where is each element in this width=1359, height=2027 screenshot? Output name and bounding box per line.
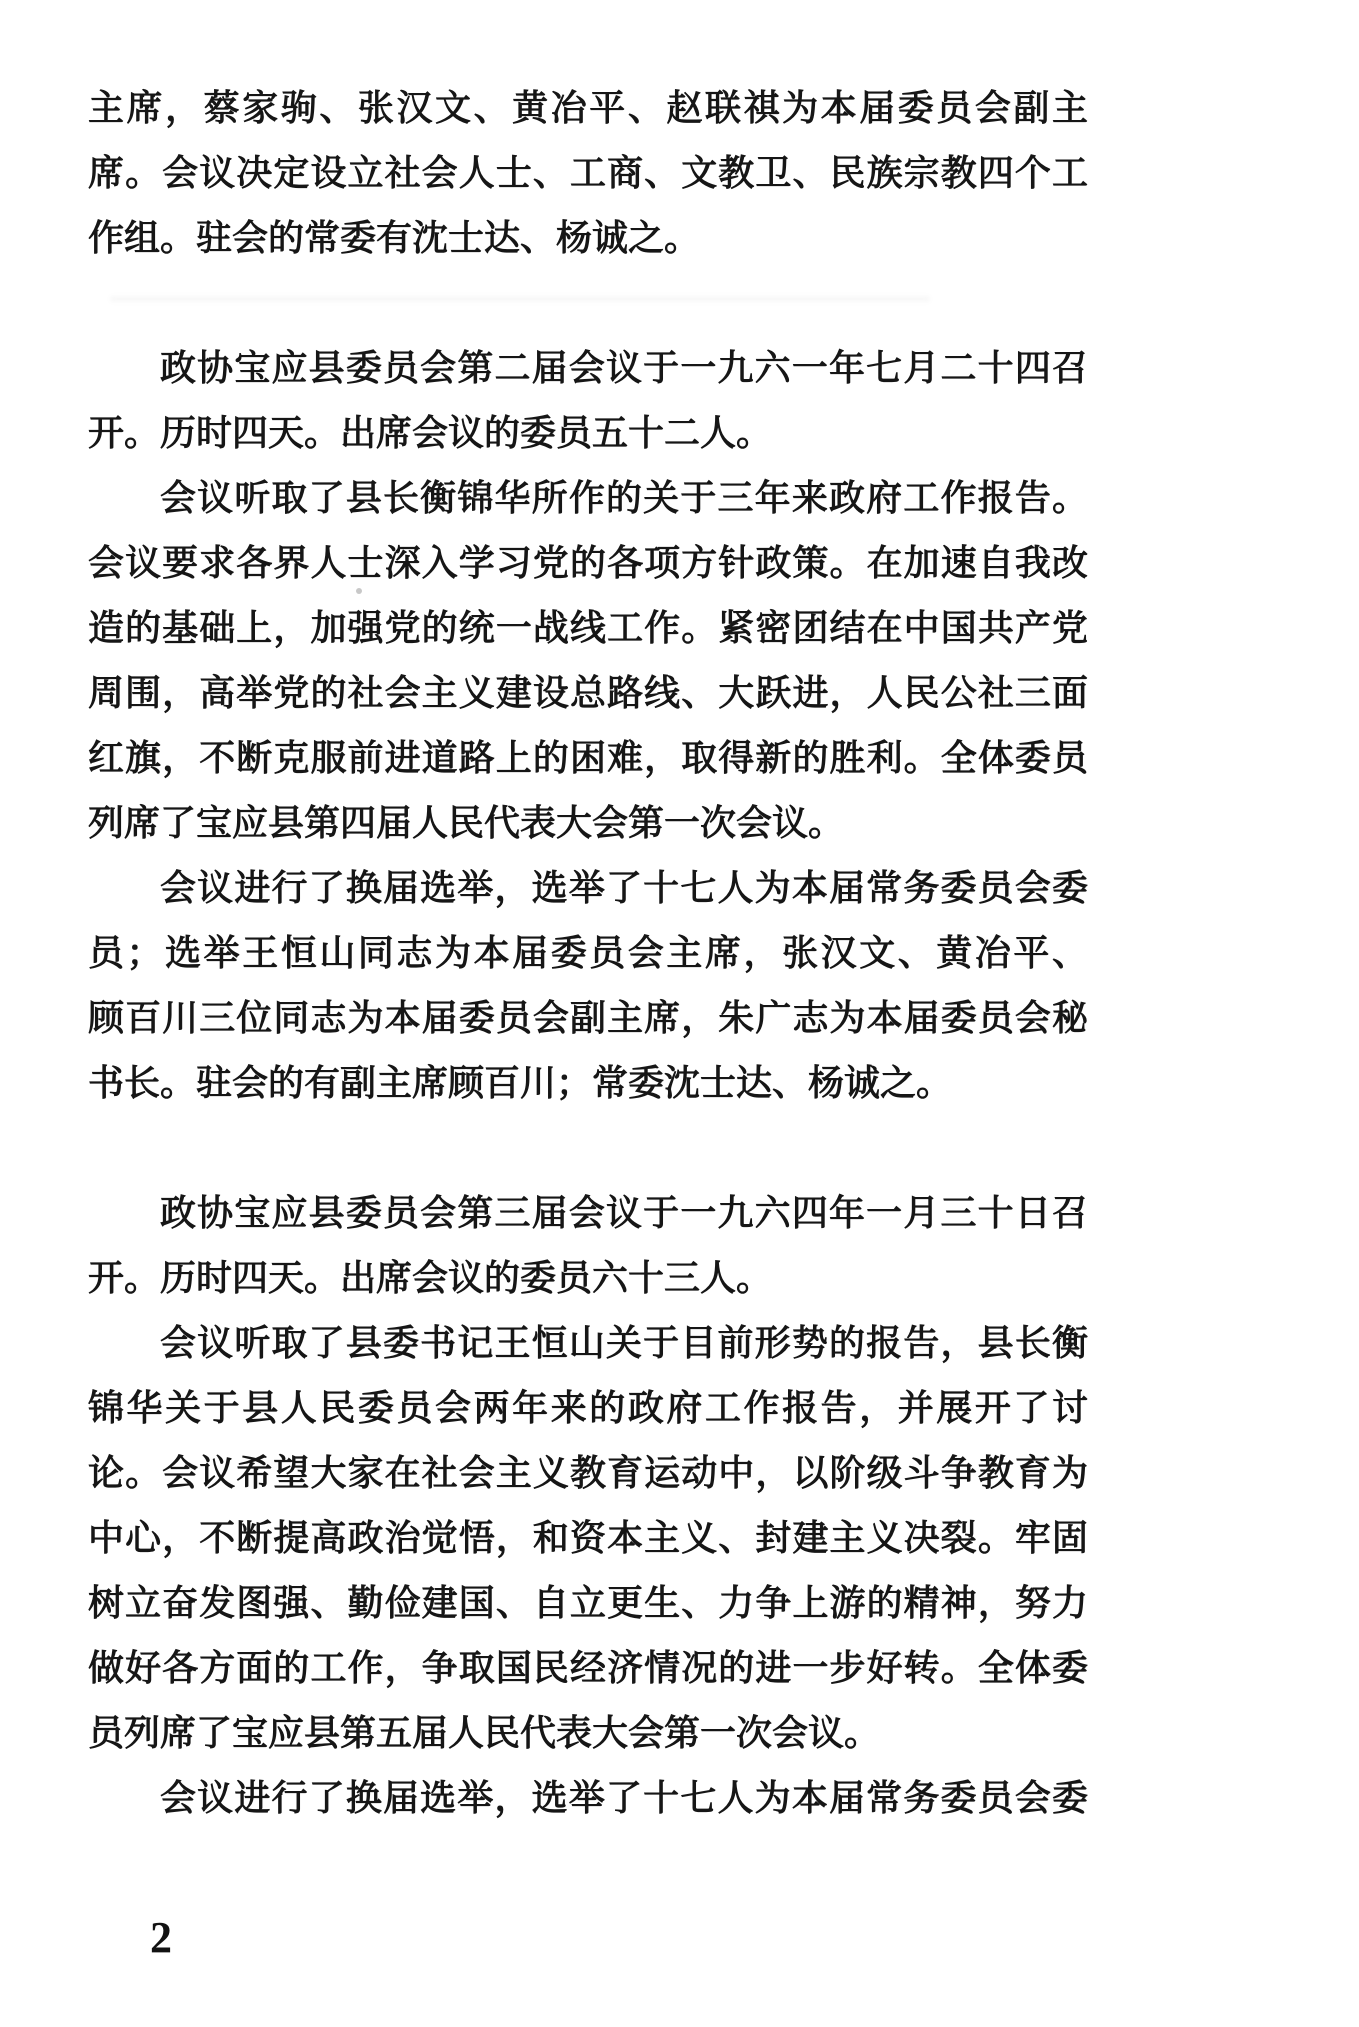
- text-line: 会议听取了县委书记王恒山关于目前形势的报告，县长衡: [88, 1311, 1088, 1376]
- text-line: 做好各方面的工作，争取国民经济情况的进一步好转。全体委: [88, 1636, 1088, 1701]
- text-line: 员列席了宝应县第五届人民代表大会第一次会议。: [88, 1701, 1088, 1766]
- text-line: 开。历时四天。出席会议的委员五十二人。: [88, 401, 1088, 466]
- text-line: 会议进行了换届选举，选举了十七人为本届常务委员会委: [88, 1766, 1088, 1831]
- scanned-book-page: 主席，蔡家驹、张汉文、黄冶平、赵联祺为本届委员会副主 席。会议决定设立社会人士、…: [0, 0, 1359, 2027]
- text-line: 周围，高举党的社会主义建设总路线、大跃进，人民公社三面: [88, 661, 1088, 726]
- text-line: 开。历时四天。出席会议的委员六十三人。: [88, 1246, 1088, 1311]
- text-line: 论。会议希望大家在社会主义教育运动中，以阶级斗争教育为: [88, 1441, 1088, 1506]
- text-block: 主席，蔡家驹、张汉文、黄冶平、赵联祺为本届委员会副主 席。会议决定设立社会人士、…: [88, 76, 1088, 1831]
- text-line: 会议要求各界人士深入学习党的各项方针政策。在加速自我改: [88, 531, 1088, 596]
- text-line: 列席了宝应县第四届人民代表大会第一次会议。: [88, 791, 1088, 856]
- text-line: 会议进行了换届选举，选举了十七人为本届常务委员会委: [88, 856, 1088, 921]
- text-line: 书长。驻会的有副主席顾百川；常委沈士达、杨诚之。: [88, 1051, 1088, 1116]
- text-line: 政协宝应县委员会第三届会议于一九六四年一月三十日召: [88, 1181, 1088, 1246]
- text-line: 造的基础上，加强党的统一战线工作。紧密团结在中国共产党: [88, 596, 1088, 661]
- page-number: 2: [150, 1912, 172, 1963]
- text-line: 红旗，不断克服前进道路上的困难，取得新的胜利。全体委员: [88, 726, 1088, 791]
- text-line: 作组。驻会的常委有沈士达、杨诚之。: [88, 206, 1088, 271]
- text-line: 主席，蔡家驹、张汉文、黄冶平、赵联祺为本届委员会副主: [88, 76, 1088, 141]
- text-line: 锦华关于县人民委员会两年来的政府工作报告，并展开了讨: [88, 1376, 1088, 1441]
- text-line: 树立奋发图强、勤俭建国、自立更生、力争上游的精神，努力: [88, 1571, 1088, 1636]
- text-line: 顾百川三位同志为本届委员会副主席，朱广志为本届委员会秘: [88, 986, 1088, 1051]
- text-line: 政协宝应县委员会第二届会议于一九六一年七月二十四召: [88, 336, 1088, 401]
- text-line: 会议听取了县长衡锦华所作的关于三年来政府工作报告。: [88, 466, 1088, 531]
- text-line: 中心，不断提高政治觉悟，和资本主义、封建主义决裂。牢固: [88, 1506, 1088, 1571]
- text-line: 员；选举王恒山同志为本届委员会主席，张汉文、黄冶平、: [88, 921, 1088, 986]
- text-line: 席。会议决定设立社会人士、工商、文教卫、民族宗教四个工: [88, 141, 1088, 206]
